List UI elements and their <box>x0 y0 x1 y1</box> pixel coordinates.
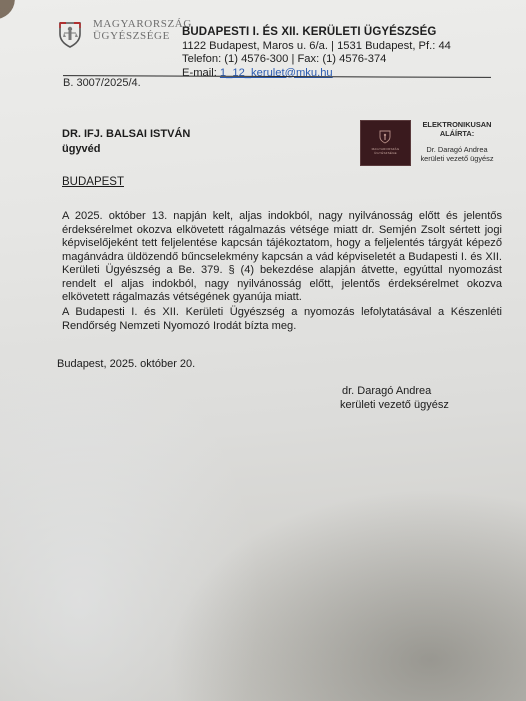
logo-wordmark: MAGYARORSZÁG ÜGYÉSZSÉGE <box>93 18 192 42</box>
body-paragraph-1: A 2025. október 13. napján kelt, aljas i… <box>62 210 502 305</box>
office-name: BUDAPESTI I. ÉS XII. KERÜLETI ÜGYÉSZSÉG <box>182 26 451 40</box>
addressee-city: BUDAPEST <box>62 176 124 188</box>
signature-block: dr. Daragó Andrea kerületi vezető ügyész <box>340 384 449 412</box>
esign-signer-title: kerületi vezető ügyész <box>412 154 502 163</box>
place-and-date: Budapest, 2025. október 20. <box>57 358 195 370</box>
stamp-caption-line2: ÜGYÉSZSÉGE <box>364 152 407 156</box>
addressee-block: DR. IFJ. BALSAI ISTVÁN ügyvéd <box>62 127 190 157</box>
background-surface <box>0 0 20 26</box>
prosecution-seal-icon <box>379 130 391 144</box>
esign-stamp-text: ELEKTRONIKUSAN ALÁÍRTA: Dr. Daragó Andre… <box>412 120 502 163</box>
signer-name: dr. Daragó Andrea <box>340 384 449 398</box>
signer-title: kerületi vezető ügyész <box>340 398 449 412</box>
esign-stamp-badge: MAGYARORSZÁG ÜGYÉSZSÉGE <box>360 120 411 166</box>
logo-text-line1: MAGYARORSZÁG <box>93 18 192 30</box>
office-contact-block: BUDAPESTI I. ÉS XII. KERÜLETI ÜGYÉSZSÉG … <box>182 26 451 80</box>
office-address: 1122 Budapest, Maros u. 6/a. | 1531 Buda… <box>182 40 451 54</box>
prosecution-coat-of-arms-icon <box>58 20 82 48</box>
office-email-row: E-mail: 1_12_kerulet@mku.hu <box>182 67 451 81</box>
addressee-name: DR. IFJ. BALSAI ISTVÁN <box>62 127 190 142</box>
esign-heading-line1: ELEKTRONIKUSAN <box>412 120 502 129</box>
office-phone-fax: Telefon: (1) 4576-300 | Fax: (1) 4576-37… <box>182 53 451 67</box>
esign-heading-line2: ALÁÍRTA: <box>412 129 502 138</box>
body-paragraph-2: A Budapesti I. és XII. Kerületi Ügyészsé… <box>62 306 502 333</box>
reference-number: B. 3007/2025/4. <box>63 77 141 89</box>
logo-text-line2: ÜGYÉSZSÉGE <box>93 30 192 42</box>
esign-signer-name: Dr. Daragó Andrea <box>412 145 502 154</box>
addressee-title: ügyvéd <box>62 142 190 157</box>
